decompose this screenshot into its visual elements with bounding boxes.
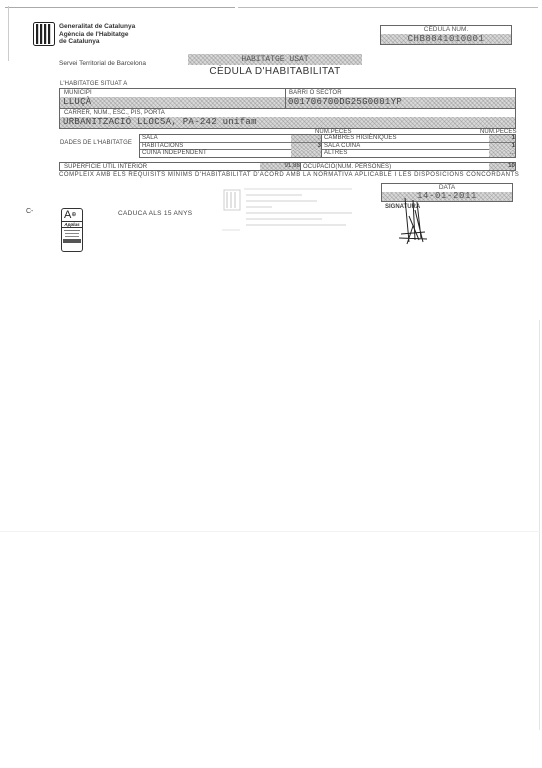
dades-row-label: HABITACIONS bbox=[142, 143, 183, 150]
energy-grade: A⊕ bbox=[62, 209, 82, 221]
dades-row-label: CUINA INDEPENDENT bbox=[142, 150, 207, 157]
dades-left-column: SALA .. HABITACIONS 3 CUINA INDEPENDENT bbox=[140, 135, 321, 157]
carrer-label: CARRER, NÚM., ESC., PIS, PORTA bbox=[60, 109, 515, 117]
dades-row-value: 1 bbox=[489, 143, 515, 150]
dades-row: CAMBRES HIGIÈNIQUES 1 bbox=[322, 135, 515, 143]
dades-right-column: CAMBRES HIGIÈNIQUES 1 SALA CUINA 1 ALTRE… bbox=[321, 135, 515, 157]
scan-edge bbox=[8, 6, 9, 61]
dades-row-value bbox=[291, 150, 321, 157]
divider bbox=[65, 233, 79, 234]
cedula-number-value: CHB8841010001 bbox=[381, 34, 511, 44]
dades-row-label: SALA CUINA bbox=[324, 143, 360, 150]
scan-fold-line bbox=[0, 531, 540, 532]
scan-line bbox=[238, 7, 538, 8]
divider bbox=[63, 239, 81, 243]
dades-row-label: SALA bbox=[142, 135, 158, 142]
divider bbox=[65, 236, 79, 237]
energy-label-badge: A⊕ Applus bbox=[61, 208, 83, 252]
location-box: MUNICIPI LLUÇÀ BARRI O SECTOR 001706700D… bbox=[59, 88, 516, 129]
compliance-statement: COMPLEIX AMB ELS REQUISITS MÍNIMS D'HABI… bbox=[59, 172, 519, 178]
municipi-cell: MUNICIPI LLUÇÀ bbox=[60, 89, 286, 109]
org-line-3: de Catalunya bbox=[59, 38, 135, 46]
carrer-cell: CARRER, NÚM., ESC., PIS, PORTA URBANITZA… bbox=[60, 109, 515, 128]
dades-row-value: ... bbox=[489, 150, 515, 157]
ocupacio-value: 10 bbox=[489, 163, 515, 170]
superficie-value: 91,88 bbox=[260, 163, 301, 170]
dades-row-value: 1 bbox=[489, 135, 515, 142]
superficie-label: SUPERFÍCIE ÚTIL INTERIOR bbox=[64, 163, 147, 171]
barri-cell: BARRI O SECTOR 001706700DG25G0001YP bbox=[286, 89, 515, 109]
side-mark: C- bbox=[26, 208, 33, 215]
document-title: CÈDULA D'HABITABILITAT bbox=[188, 66, 362, 77]
org-line-2: Agència de l'Habitatge bbox=[59, 31, 135, 39]
municipi-value: LLUÇÀ bbox=[60, 97, 285, 108]
org-name: Generalitat de Catalunya Agència de l'Ha… bbox=[59, 23, 135, 46]
dades-row: SALA CUINA 1 bbox=[322, 143, 515, 151]
dades-row-label: CAMBRES HIGIÈNIQUES bbox=[324, 135, 397, 142]
cedula-number-label: CÈDULA NÚM. bbox=[381, 26, 511, 34]
service-name: Servei Territorial de Barcelona bbox=[59, 60, 146, 67]
dades-row-value: 3 bbox=[291, 143, 321, 150]
plus-icon: ⊕ bbox=[71, 212, 76, 218]
dades-row-value: .. bbox=[291, 135, 321, 142]
superficie-row: SUPERFÍCIE ÚTIL INTERIOR 91,88 OCUPACIÓ(… bbox=[59, 162, 516, 171]
official-stamp-icon bbox=[222, 186, 362, 234]
dades-row: SALA .. bbox=[140, 135, 321, 143]
dades-section-label: DADES DE L'HABITATGE bbox=[60, 140, 132, 146]
divider bbox=[64, 230, 80, 231]
barri-value: 001706700DG25G0001YP bbox=[286, 97, 515, 108]
dades-row-label: ALTRES bbox=[324, 150, 348, 157]
ocupacio-label: OCUPACIÓ(NÚM. PERSONES) bbox=[303, 163, 391, 171]
scan-edge bbox=[539, 320, 540, 730]
cedula-number-box: CÈDULA NÚM. CHB8841010001 bbox=[380, 25, 512, 45]
housing-type-banner: HABITATGE USAT bbox=[188, 54, 362, 65]
catalonia-coat-of-arms-icon bbox=[33, 22, 55, 46]
signature-mark bbox=[395, 196, 435, 246]
dades-row: HABITACIONS 3 bbox=[140, 143, 321, 151]
barri-label: BARRI O SECTOR bbox=[286, 89, 515, 97]
dades-table: SALA .. HABITACIONS 3 CUINA INDEPENDENT … bbox=[139, 134, 516, 158]
scan-line bbox=[5, 7, 235, 8]
location-section-label: L'HABITATGE SITUAT A bbox=[60, 81, 127, 87]
org-line-1: Generalitat de Catalunya bbox=[59, 23, 135, 31]
energy-brand: Applus bbox=[62, 221, 82, 228]
dades-row: ALTRES ... bbox=[322, 150, 515, 157]
dades-row: CUINA INDEPENDENT bbox=[140, 150, 321, 157]
municipi-label: MUNICIPI bbox=[60, 89, 285, 97]
carrer-value: URBANITZACIÓ LLOCSA, PA-242 unifam bbox=[60, 117, 515, 128]
expiry-note: CADUCA ALS 15 ANYS bbox=[118, 210, 192, 217]
official-stamp bbox=[222, 186, 362, 234]
header-logo bbox=[33, 22, 55, 46]
